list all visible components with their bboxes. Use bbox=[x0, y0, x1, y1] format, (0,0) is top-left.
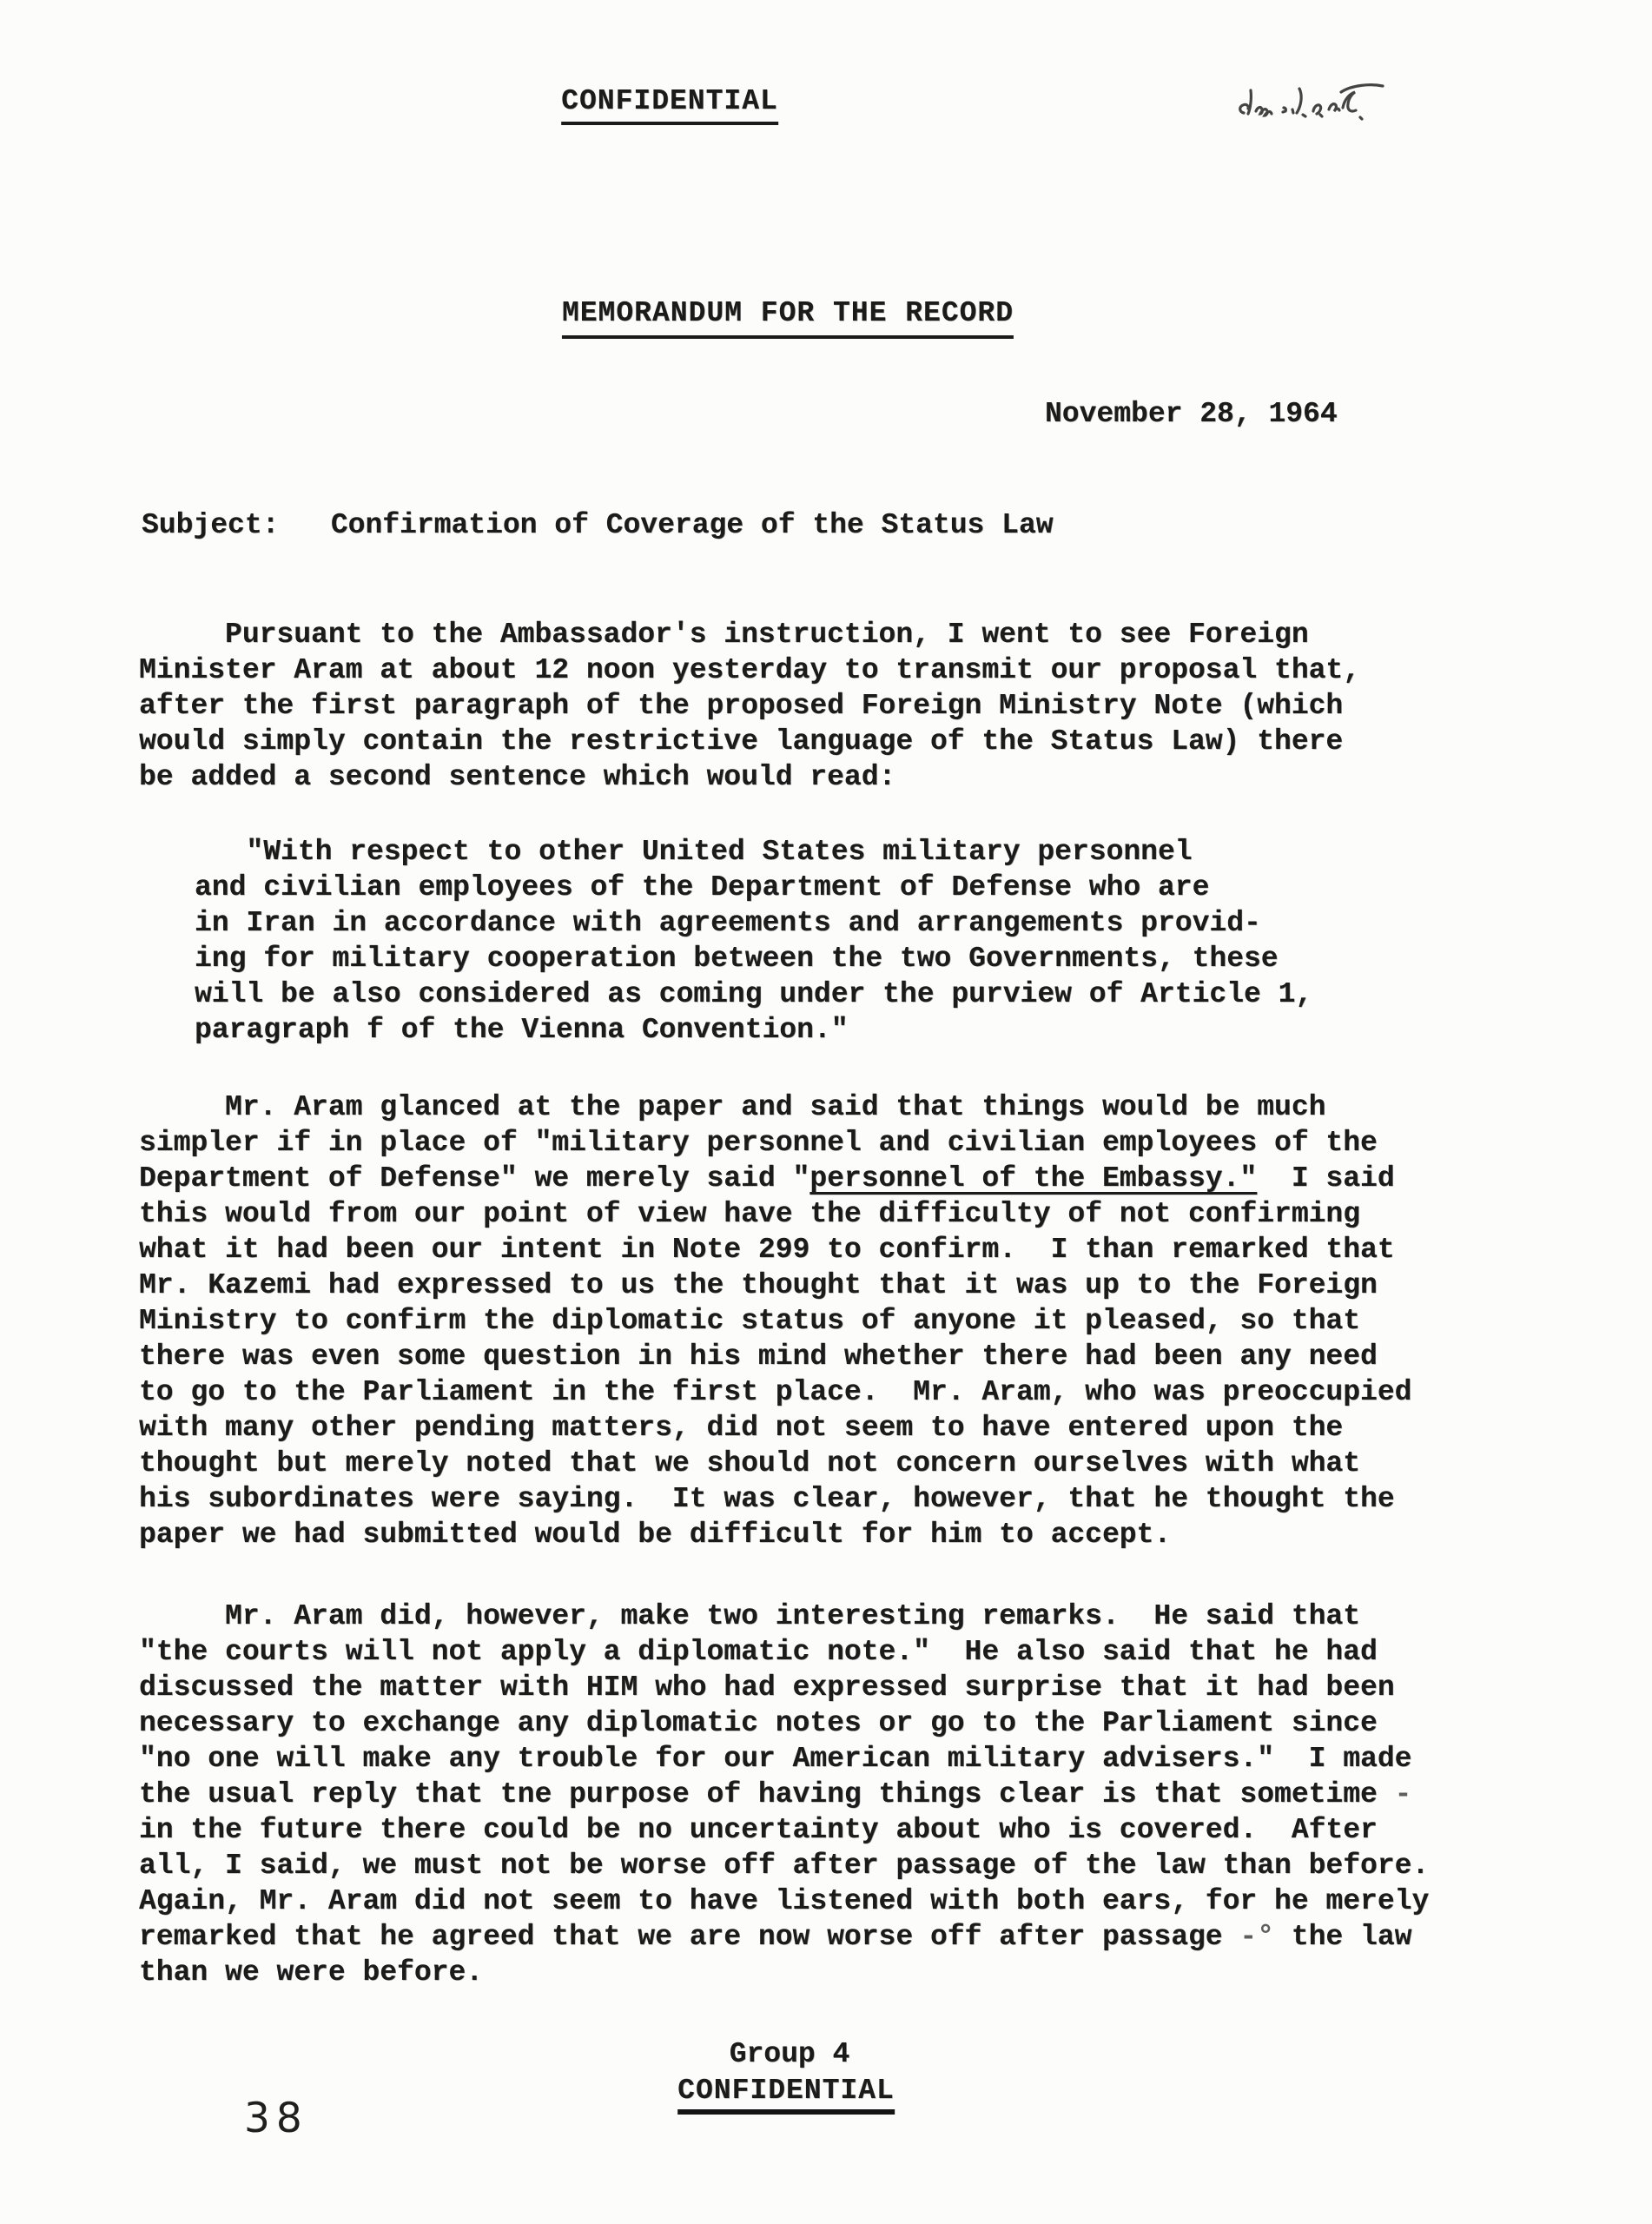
paragraph-4: Mr. Aram did, however, make two interest… bbox=[139, 1598, 1429, 1990]
memo-date: November 28, 1964 bbox=[1045, 396, 1338, 432]
memo-page: CONFIDENTIAL MEMORANDUM FOR THE RECORD N… bbox=[0, 0, 1652, 2224]
handwritten-annotation-icon bbox=[1230, 78, 1400, 136]
faded-word-mark: -° bbox=[1239, 1921, 1274, 1953]
paragraph-1: Pursuant to the Ambassador's instruction… bbox=[139, 617, 1360, 795]
subject-line: Subject: Confirmation of Coverage of the… bbox=[142, 507, 1054, 543]
footer-group-line: Group 4 bbox=[730, 2036, 850, 2072]
paragraph-4-text-continued: in the future there could be no uncertai… bbox=[139, 1814, 1429, 1953]
memo-title: MEMORANDUM FOR THE RECORD bbox=[562, 295, 1014, 339]
faint-dash-mark: - bbox=[1378, 1778, 1412, 1810]
paragraph-3-text-continued: I said this would from our point of view… bbox=[139, 1162, 1411, 1551]
classification-banner: CONFIDENTIAL bbox=[561, 83, 778, 125]
footer-classification-banner: CONFIDENTIAL bbox=[677, 2073, 895, 2115]
paragraph-4-text: Mr. Aram did, however, make two interest… bbox=[139, 1600, 1411, 1810]
page-number: 38 bbox=[244, 2101, 308, 2136]
block-quote-paragraph: "With respect to other United States mil… bbox=[195, 834, 1312, 1048]
paragraph-3: Mr. Aram glanced at the paper and said t… bbox=[139, 1089, 1411, 1552]
underlined-phrase: personnel of the Embassy." bbox=[809, 1162, 1257, 1195]
